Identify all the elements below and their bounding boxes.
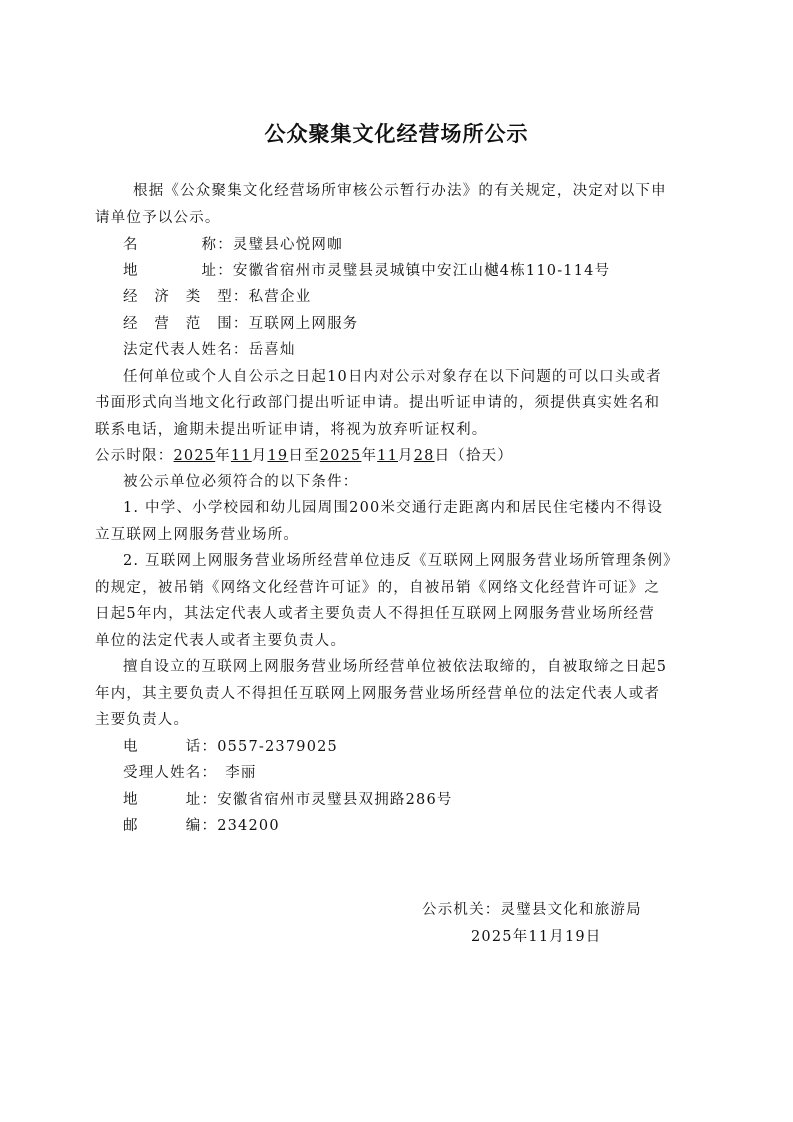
publicity-period: 公示时限：2025年11月19日至2025年11月28日（拾天） xyxy=(95,446,513,466)
intro-line-2: 请单位予以公示。 xyxy=(95,208,221,228)
condition-3-line-3: 主要负责人。 xyxy=(95,710,189,730)
condition-2-line-4: 单位的法定代表人或者主要负责人。 xyxy=(95,631,346,651)
issuing-authority: 公示机关：灵璧县文化和旅游局 xyxy=(422,900,642,920)
receiver-name: 李丽 xyxy=(225,765,256,781)
condition-1-line-1: 1. 中学、小学校园和幼儿园周围200米交通行走距离内和居民住宅楼内不得设 xyxy=(123,498,663,518)
applicant-name-row: 名 称：灵璧县心悦网咖 xyxy=(123,235,343,255)
scope-label: 经 营 范 围： xyxy=(123,316,249,332)
receiver-row: 受理人姓名：李丽 xyxy=(123,763,257,783)
contact-phone: 0557-2379025 xyxy=(217,739,338,755)
applicant-address-row: 地 址：安徽省宿州市灵璧县灵城镇中安江山樾4栋110-114号 xyxy=(123,261,610,281)
condition-2-line-1: 2. 互联网上网服务营业场所经营单位违反《互联网上网服务营业场所管理条例》 xyxy=(123,551,679,571)
postcode-row: 邮 编：234200 xyxy=(123,816,280,836)
condition-1-line-2: 立互联网上网服务营业场所。 xyxy=(95,525,299,545)
postcode: 234200 xyxy=(217,818,280,834)
business-scope-row: 经 营 范 围：互联网上网服务 xyxy=(123,314,359,334)
name-label: 名 称： xyxy=(123,237,233,253)
condition-2-line-3: 日起5年内，其法定代表人或者主要负责人不得担任互联网上网服务营业场所经营 xyxy=(95,604,655,624)
business-scope: 互联网上网服务 xyxy=(249,316,359,332)
applicant-name: 灵璧县心悦网咖 xyxy=(233,237,343,253)
contact-address-row: 地 址：安徽省宿州市灵璧县双拥路286号 xyxy=(123,790,453,810)
condition-3-line-1: 擅自设立的互联网上网服务营业场所经营单位被依法取缔的，自被取缔之日起5 xyxy=(123,657,667,677)
condition-2-line-2: 的规定，被吊销《网络文化经营许可证》的，自被吊销《网络文化经营许可证》之 xyxy=(95,578,660,598)
type-label: 经 济 类 型： xyxy=(123,289,249,305)
economic-type: 私营企业 xyxy=(249,289,312,305)
intro-line-1: 根据《公众聚集文化经营场所审核公示暂行办法》的有关规定，决定对以下申 xyxy=(133,181,667,201)
rep-label: 法定代表人姓名： xyxy=(123,342,249,358)
legal-rep: 岳喜灿 xyxy=(249,342,296,358)
contact-phone-row: 电 话：0557-2379025 xyxy=(123,737,338,757)
issue-date: 2025年11月19日 xyxy=(471,927,602,947)
notice-line-3: 联系电话，逾期未提出听证申请，将视为放弃听证权利。 xyxy=(95,420,488,440)
economic-type-row: 经 济 类 型：私营企业 xyxy=(123,287,311,307)
legal-rep-row: 法定代表人姓名：岳喜灿 xyxy=(123,340,296,360)
applicant-address: 安徽省宿州市灵璧县灵城镇中安江山樾4栋110-114号 xyxy=(233,263,610,279)
page-title: 公众聚集文化经营场所公示 xyxy=(0,118,793,148)
condition-3-line-2: 年内，其主要负责人不得担任互联网上网服务营业场所经营单位的法定代表人或者 xyxy=(95,684,660,704)
contact-address: 安徽省宿州市灵璧县双拥路286号 xyxy=(217,792,452,808)
notice-line-2: 书面形式向当地文化行政部门提出听证申请。提出听证申请的，须提供真实姓名和 xyxy=(95,393,660,413)
address-label: 地 址： xyxy=(123,263,233,279)
conditions-intro: 被公示单位必须符合的以下条件： xyxy=(123,472,359,492)
notice-line-1: 任何单位或个人自公示之日起10日内对公示对象存在以下问题的可以口头或者 xyxy=(123,367,662,387)
